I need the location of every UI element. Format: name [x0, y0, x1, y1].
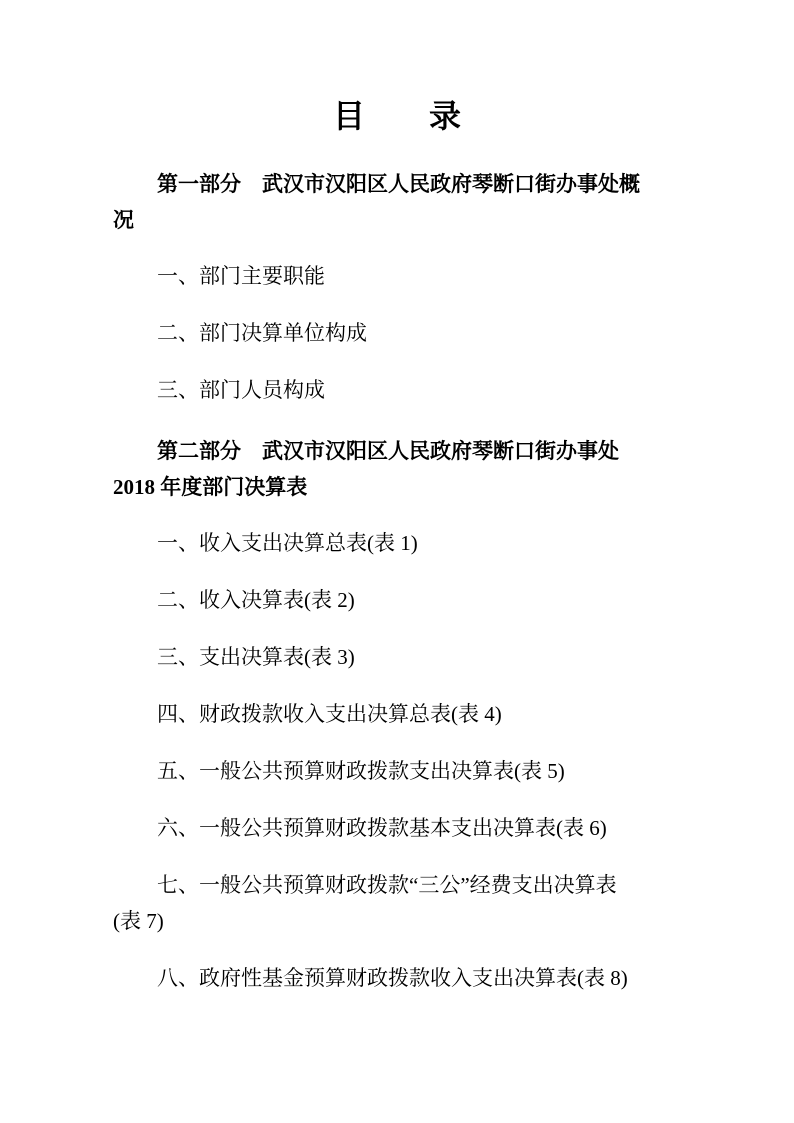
toc-line: 二、部门决算单位构成 — [113, 315, 681, 351]
toc-line: 七、一般公共预算财政拨款“三公”经费支出决算表 — [113, 867, 681, 903]
toc-item: 三、部门人员构成 — [113, 372, 681, 408]
toc-item: 三、支出决算表(表 3) — [113, 639, 681, 675]
toc-line: 一、部门主要职能 — [113, 258, 681, 294]
toc-item: 二、部门决算单位构成 — [113, 315, 681, 351]
toc-line: 况 — [113, 202, 681, 238]
toc-line: 四、财政拨款收入支出决算总表(表 4) — [113, 696, 681, 732]
toc-line: (表 7) — [113, 903, 681, 939]
toc-line: 六、一般公共预算财政拨款基本支出决算表(表 6) — [113, 810, 681, 846]
toc-line: 三、支出决算表(表 3) — [113, 639, 681, 675]
toc-item: 六、一般公共预算财政拨款基本支出决算表(表 6) — [113, 810, 681, 846]
toc-item: 四、财政拨款收入支出决算总表(表 4) — [113, 696, 681, 732]
toc-line: 2018 年度部门决算表 — [113, 469, 681, 505]
toc-item: 七、一般公共预算财政拨款“三公”经费支出决算表(表 7) — [113, 867, 681, 939]
toc-item: 八、政府性基金预算财政拨款收入支出决算表(表 8) — [113, 960, 681, 996]
toc-line: 一、收入支出决算总表(表 1) — [113, 525, 681, 561]
toc-line: 三、部门人员构成 — [113, 372, 681, 408]
toc-section-heading: 第一部分 武汉市汉阳区人民政府琴断口街办事处概况 — [113, 166, 681, 238]
toc-line: 八、政府性基金预算财政拨款收入支出决算表(表 8) — [113, 960, 681, 996]
document-page: 目 录 第一部分 武汉市汉阳区人民政府琴断口街办事处概况一、部门主要职能二、部门… — [0, 0, 794, 1123]
toc-item: 二、收入决算表(表 2) — [113, 582, 681, 618]
toc-line: 第一部分 武汉市汉阳区人民政府琴断口街办事处概 — [113, 166, 681, 202]
toc-section-heading: 第二部分 武汉市汉阳区人民政府琴断口街办事处2018 年度部门决算表 — [113, 433, 681, 505]
toc-item: 一、收入支出决算总表(表 1) — [113, 525, 681, 561]
toc-title: 目 录 — [113, 96, 681, 136]
toc-body: 第一部分 武汉市汉阳区人民政府琴断口街办事处概况一、部门主要职能二、部门决算单位… — [113, 166, 681, 996]
toc-item: 五、一般公共预算财政拨款支出决算表(表 5) — [113, 753, 681, 789]
toc-line: 第二部分 武汉市汉阳区人民政府琴断口街办事处 — [113, 433, 681, 469]
toc-line: 五、一般公共预算财政拨款支出决算表(表 5) — [113, 753, 681, 789]
toc-line: 二、收入决算表(表 2) — [113, 582, 681, 618]
toc-item: 一、部门主要职能 — [113, 258, 681, 294]
